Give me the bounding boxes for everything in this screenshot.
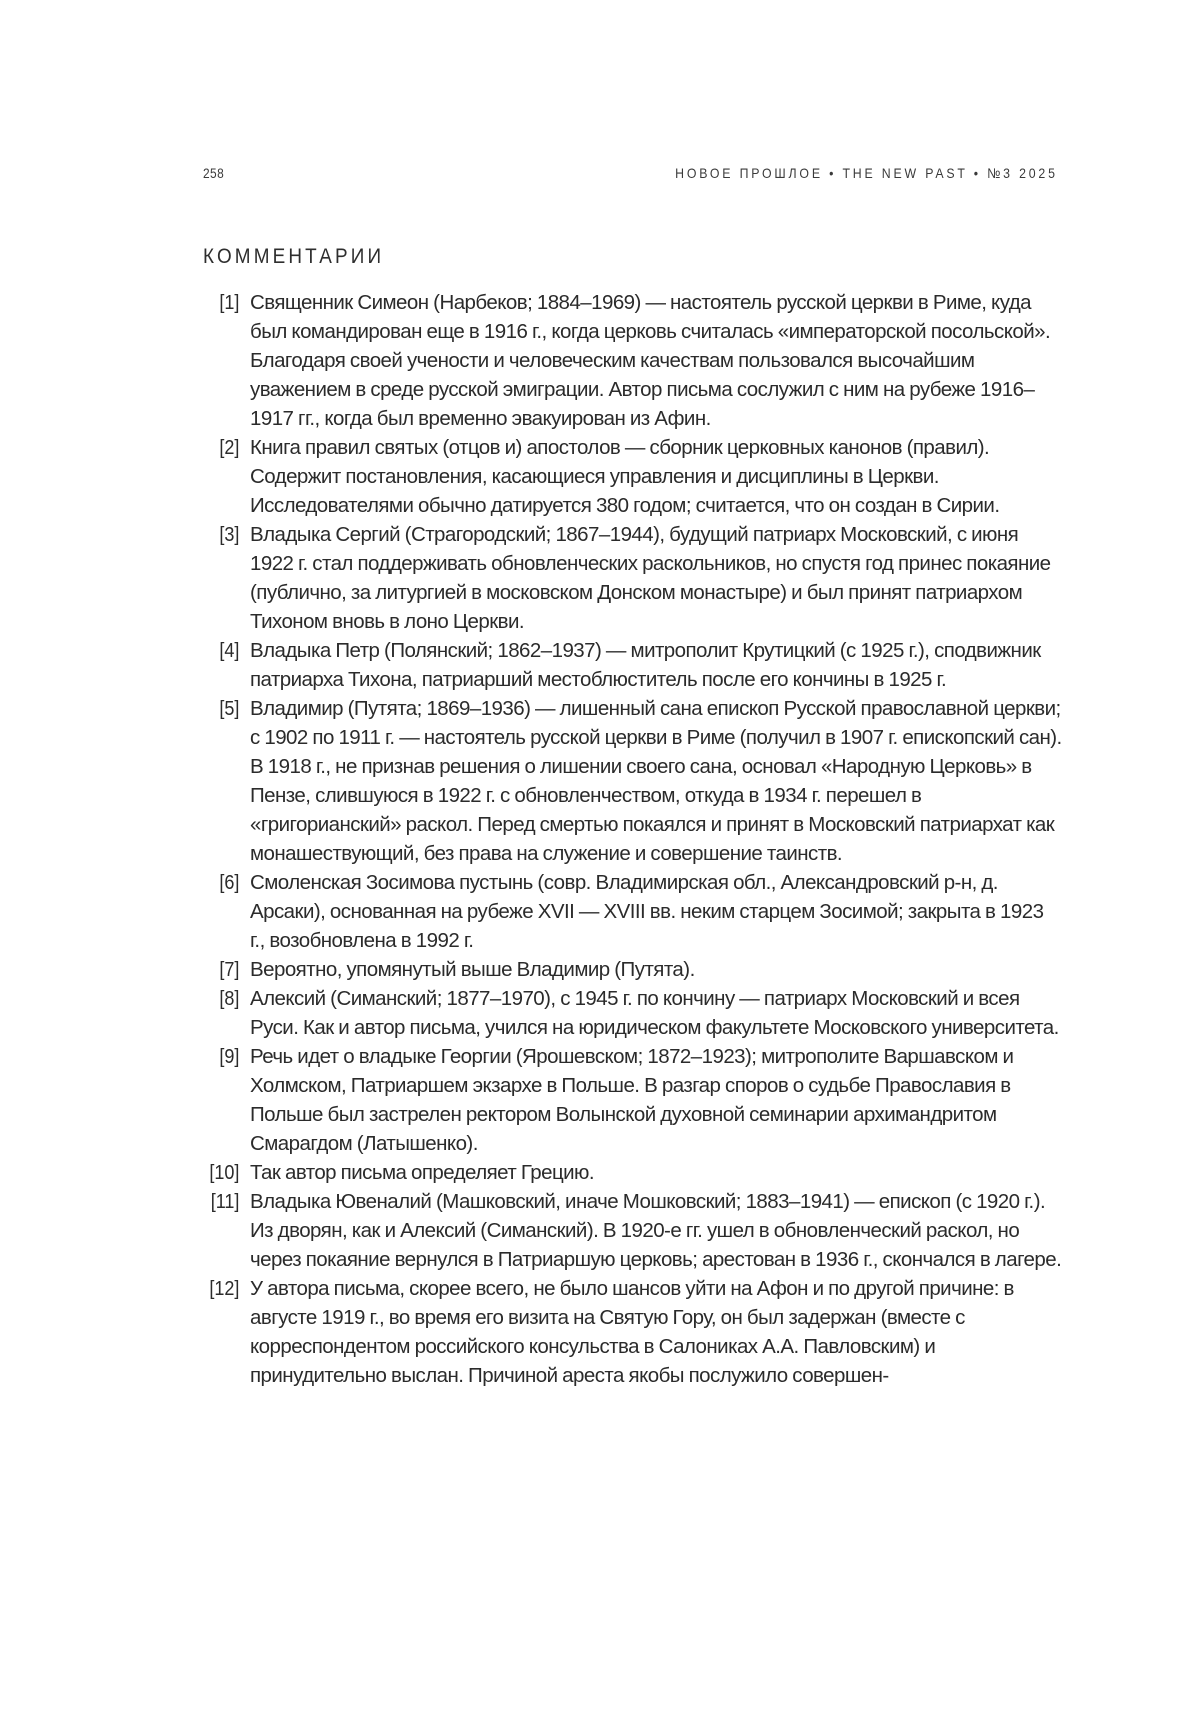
note-number: [11] [206, 1187, 250, 1274]
note-text: Книга правил святых (отцов и) апостолов … [250, 433, 1062, 520]
note-item: [2]Книга правил святых (отцов и) апостол… [200, 433, 1062, 520]
note-text: Вероятно, упомянутый выше Владимир (Путя… [250, 955, 1062, 984]
note-number: [2] [206, 433, 250, 520]
running-head: 258 НОВОЕ ПРОШЛОЕ • THE NEW PAST • №3 20… [203, 165, 1058, 185]
note-number: [6] [206, 868, 250, 955]
note-item: [5]Владимир (Путята; 1869–1936) — лишенн… [200, 694, 1062, 868]
note-text: Владыка Сергий (Страгородский; 1867–1944… [250, 520, 1062, 636]
note-text: Так автор письма определяет Грецию. [250, 1158, 1062, 1187]
note-number: [1] [206, 288, 250, 433]
note-number: [8] [206, 984, 250, 1042]
note-text: Речь идет о владыке Георгии (Ярошевском;… [250, 1042, 1062, 1158]
note-number: [4] [206, 636, 250, 694]
note-number: [12] [206, 1274, 250, 1390]
note-item: [4]Владыка Петр (Полянский; 1862–1937) —… [200, 636, 1062, 694]
note-item: [12]У автора письма, скорее всего, не бы… [200, 1274, 1062, 1390]
note-text: Алексий (Симанский; 1877–1970), с 1945 г… [250, 984, 1062, 1042]
note-text: Священник Симеон (Нарбеков; 1884–1969) —… [250, 288, 1062, 433]
note-number: [5] [206, 694, 250, 868]
note-item: [11]Владыка Ювеналий (Машковский, иначе … [200, 1187, 1062, 1274]
note-text: Владыка Петр (Полянский; 1862–1937) — ми… [250, 636, 1062, 694]
note-item: [1]Священник Симеон (Нарбеков; 1884–1969… [200, 288, 1062, 433]
note-item: [7]Вероятно, упомянутый выше Владимир (П… [200, 955, 1062, 984]
note-number: [10] [206, 1158, 250, 1187]
note-number: [7] [206, 955, 250, 984]
note-item: [10]Так автор письма определяет Грецию. [200, 1158, 1062, 1187]
note-number: [9] [206, 1042, 250, 1158]
journal-title: НОВОЕ ПРОШЛОЕ • THE NEW PAST • №3 2025 [675, 165, 1058, 181]
section-title: КОММЕНТАРИИ [203, 245, 384, 269]
note-item: [9]Речь идет о владыке Георгии (Ярошевск… [200, 1042, 1062, 1158]
note-item: [8]Алексий (Симанский; 1877–1970), с 194… [200, 984, 1062, 1042]
note-text: У автора письма, скорее всего, не было ш… [250, 1274, 1062, 1390]
note-item: [6]Смоленская Зосимова пустынь (совр. Вл… [200, 868, 1062, 955]
notes-list: [1]Священник Симеон (Нарбеков; 1884–1969… [200, 288, 1062, 1390]
note-text: Владыка Ювеналий (Машковский, иначе Мошк… [250, 1187, 1062, 1274]
page-number: 258 [203, 165, 224, 181]
note-number: [3] [206, 520, 250, 636]
note-item: [3]Владыка Сергий (Страгородский; 1867–1… [200, 520, 1062, 636]
note-text: Владимир (Путята; 1869–1936) — лишенный … [250, 694, 1062, 868]
note-text: Смоленская Зосимова пустынь (совр. Влади… [250, 868, 1062, 955]
